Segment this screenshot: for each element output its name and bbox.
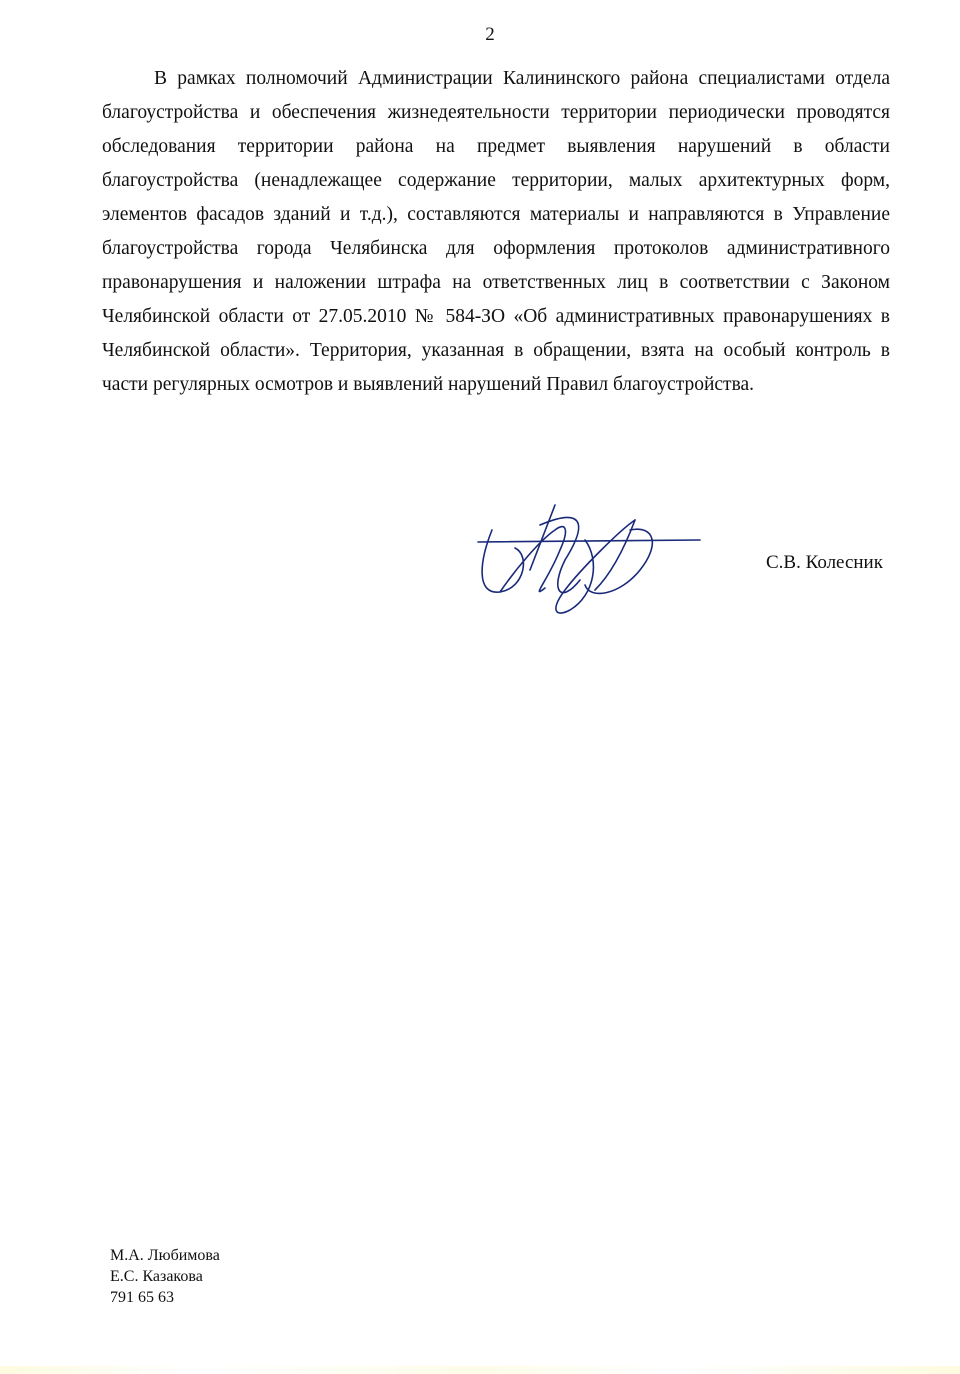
executor-phone: 791 65 63 [110, 1287, 220, 1308]
executors-block: М.А. Любимова Е.С. Казакова 791 65 63 [110, 1245, 220, 1308]
page-number: 2 [0, 24, 960, 46]
letter-body: В рамках полномочий Администрации Калини… [102, 62, 890, 402]
scan-artifact-strip [0, 1366, 960, 1374]
signer-name: С.В. Колесник [766, 552, 883, 574]
executor-name: М.А. Любимова [110, 1245, 220, 1266]
body-paragraph: В рамках полномочий Администрации Калини… [102, 62, 890, 402]
executor-name: Е.С. Казакова [110, 1266, 220, 1287]
handwritten-signature [470, 500, 710, 630]
